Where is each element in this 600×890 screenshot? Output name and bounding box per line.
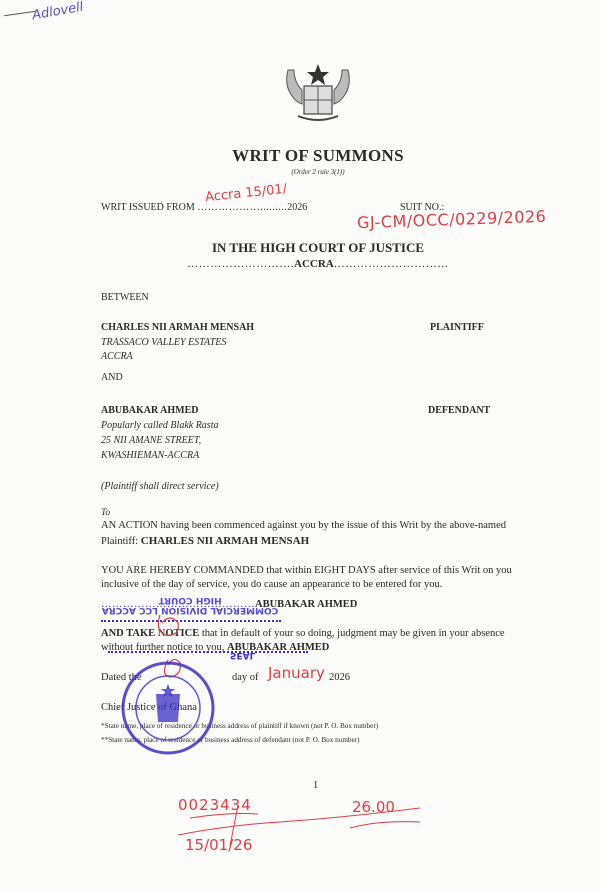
day-of-label: day of [232, 672, 259, 683]
notice-rest: that in default of your so doing, judgme… [199, 628, 504, 639]
dated-year: 2026 [329, 672, 350, 683]
defendant-address-line-1: Popularly called Blakk Rasta [101, 420, 218, 431]
writ-issued-label: WRIT ISSUED FROM [101, 202, 195, 213]
plaintiff-role: PLAINTIFF [430, 322, 484, 333]
between-label: BETWEEN [101, 292, 149, 303]
action-text: AN ACTION having been commenced against … [101, 520, 506, 531]
action-plaintiff-line: Plaintiff: CHARLES NII ARMAH MENSAH [101, 535, 309, 547]
page-title: WRIT OF SUMMONS [0, 146, 600, 166]
defendant-role: DEFENDANT [428, 405, 490, 416]
defendant-address-line-3: KWASHIEMAN-ACCRA [101, 450, 199, 461]
order-reference: (Order 2 rule 3(1)) [0, 168, 600, 176]
plaintiff-name: CHARLES NII ARMAH MENSAH [101, 322, 254, 333]
service-note: (Plaintiff shall direct service) [101, 481, 219, 492]
writ-issued-line: WRIT ISSUED FROM ……………….........2026 [101, 202, 307, 213]
defendant-address-line-2: 25 NII AMANE STREET, [101, 435, 201, 446]
coat-of-arms-icon [280, 60, 356, 126]
to-label: To [101, 508, 110, 518]
plaintiff-address-line-2: ACCRA [101, 351, 133, 362]
red-pen-strokes-icon [170, 800, 430, 850]
court-location-line: ……………………….ACCRA………………………… [0, 258, 600, 270]
page-number: 1 [313, 780, 318, 791]
stamp-dotted-line [108, 651, 308, 653]
defendant-name: ABUBAKAR AHMED [101, 405, 199, 416]
court-title: IN THE HIGH COURT OF JUSTICE [0, 240, 600, 256]
court-location: ACCRA [294, 258, 334, 270]
action-plaintiff-label: Plaintiff: [101, 536, 138, 547]
seal-label: SEAL [230, 650, 255, 660]
and-label: AND [101, 372, 123, 383]
handwritten-signature: Adlovell [31, 0, 84, 23]
court-location-dots-right: ………………………… [334, 258, 449, 270]
action-plaintiff-name: CHARLES NII ARMAH MENSAH [141, 535, 309, 547]
plaintiff-address-line-1: TRASSACO VALLEY ESTATES [101, 337, 226, 348]
court-stamp-round: COMMERCIAL DIVISION LCC ACCRA HIGH COURT… [120, 660, 216, 756]
handwritten-suit-number: GJ-CM/OCC/0229/2026 [357, 207, 547, 233]
court-location-dots-left: ………………………. [187, 258, 294, 270]
writ-issued-year: 2026 [287, 202, 307, 213]
handwritten-month: January [268, 664, 325, 682]
